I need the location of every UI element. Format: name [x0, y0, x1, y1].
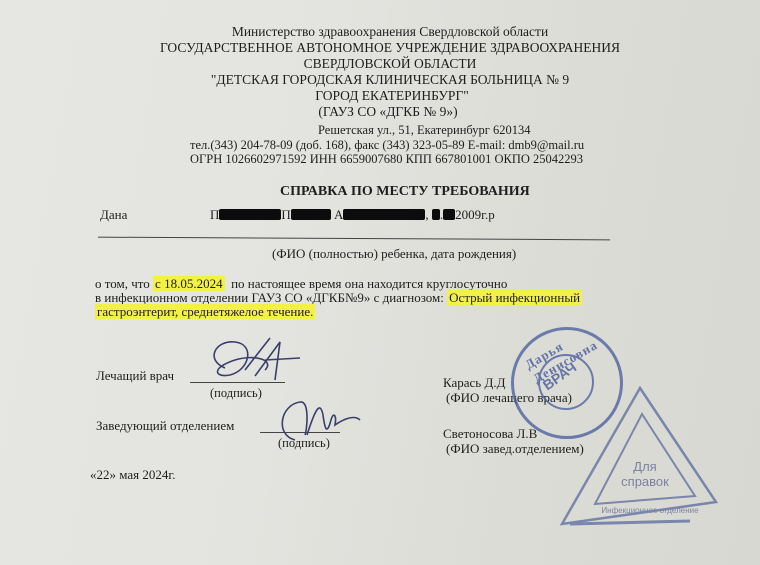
triangle-stamp: Для справок Инфекционное отделение — [560, 384, 720, 534]
fio-caption: (ФИО (полностью) ребенка, дата рождения) — [272, 246, 516, 262]
document-page: Министерство здравоохранения Свердловско… — [0, 0, 760, 565]
document-date: «22» мая 2024г. — [90, 467, 176, 483]
doctor-label: Лечащий врач — [96, 368, 174, 384]
institution-line-1: ГОСУДАРСТВЕННОЕ АВТОНОМНОЕ УЧРЕЖДЕНИЕ ЗД… — [10, 40, 760, 56]
head-signature — [265, 390, 365, 450]
redaction-bar — [219, 209, 281, 220]
head-name: Светоносова Л.В — [443, 426, 537, 442]
stamp-triangle-bottom: Инфекционное отделение — [600, 506, 700, 515]
birth-year: 2009г.р — [455, 207, 495, 222]
institution-line-4: ГОРОД ЕКАТЕРИНБУРГ" — [12, 88, 760, 104]
name-initial-1: П — [210, 207, 219, 222]
highlighted-diagnosis-2: гастроэнтерит, среднетяжелое течение. — [95, 304, 315, 319]
highlighted-diagnosis-1: Острый инфекционный — [447, 290, 582, 305]
redaction-bar — [443, 209, 455, 220]
issued-to-label: Дана — [100, 207, 127, 223]
redaction-bar — [291, 209, 331, 220]
document-title: СПРАВКА ПО МЕСТУ ТРЕБОВАНИЯ — [280, 184, 530, 200]
name-underline — [98, 237, 610, 241]
doctor-signature — [195, 330, 305, 395]
institution-abbrev: (ГАУЗ СО «ДГКБ № 9») — [8, 104, 760, 120]
contacts-line: тел.(343) 204-78-09 (доб. 168), факс (34… — [190, 138, 584, 153]
stamp-triangle-center: Для справок — [620, 459, 670, 489]
ministry-line: Министерство здравоохранения Свердловско… — [10, 24, 760, 40]
redaction-bar — [432, 209, 440, 220]
institution-line-2: СВЕРДЛОВСКОЙ ОБЛАСТИ — [10, 56, 760, 72]
head-label: Заведующий отделением — [96, 418, 234, 434]
name-initial-3: А — [334, 207, 343, 222]
address-line: Решетская ул., 51, Екатеринбург 620134 — [318, 123, 531, 138]
patient-name-redacted: ПП А, .2009г.р — [210, 207, 495, 223]
registry-line: ОГРН 1026602971592 ИНН 6659007680 КПП 66… — [190, 152, 583, 167]
redaction-bar — [343, 209, 425, 220]
name-initial-2: П — [281, 207, 290, 222]
body-line-3: гастроэнтерит, среднетяжелое течение. — [95, 304, 315, 320]
highlighted-date: с 18.05.2024 — [153, 276, 225, 291]
doctor-name: Карась Д.Д — [443, 375, 505, 391]
institution-line-3: "ДЕТСКАЯ ГОРОДСКАЯ КЛИНИЧЕСКАЯ БОЛЬНИЦА … — [10, 72, 760, 88]
